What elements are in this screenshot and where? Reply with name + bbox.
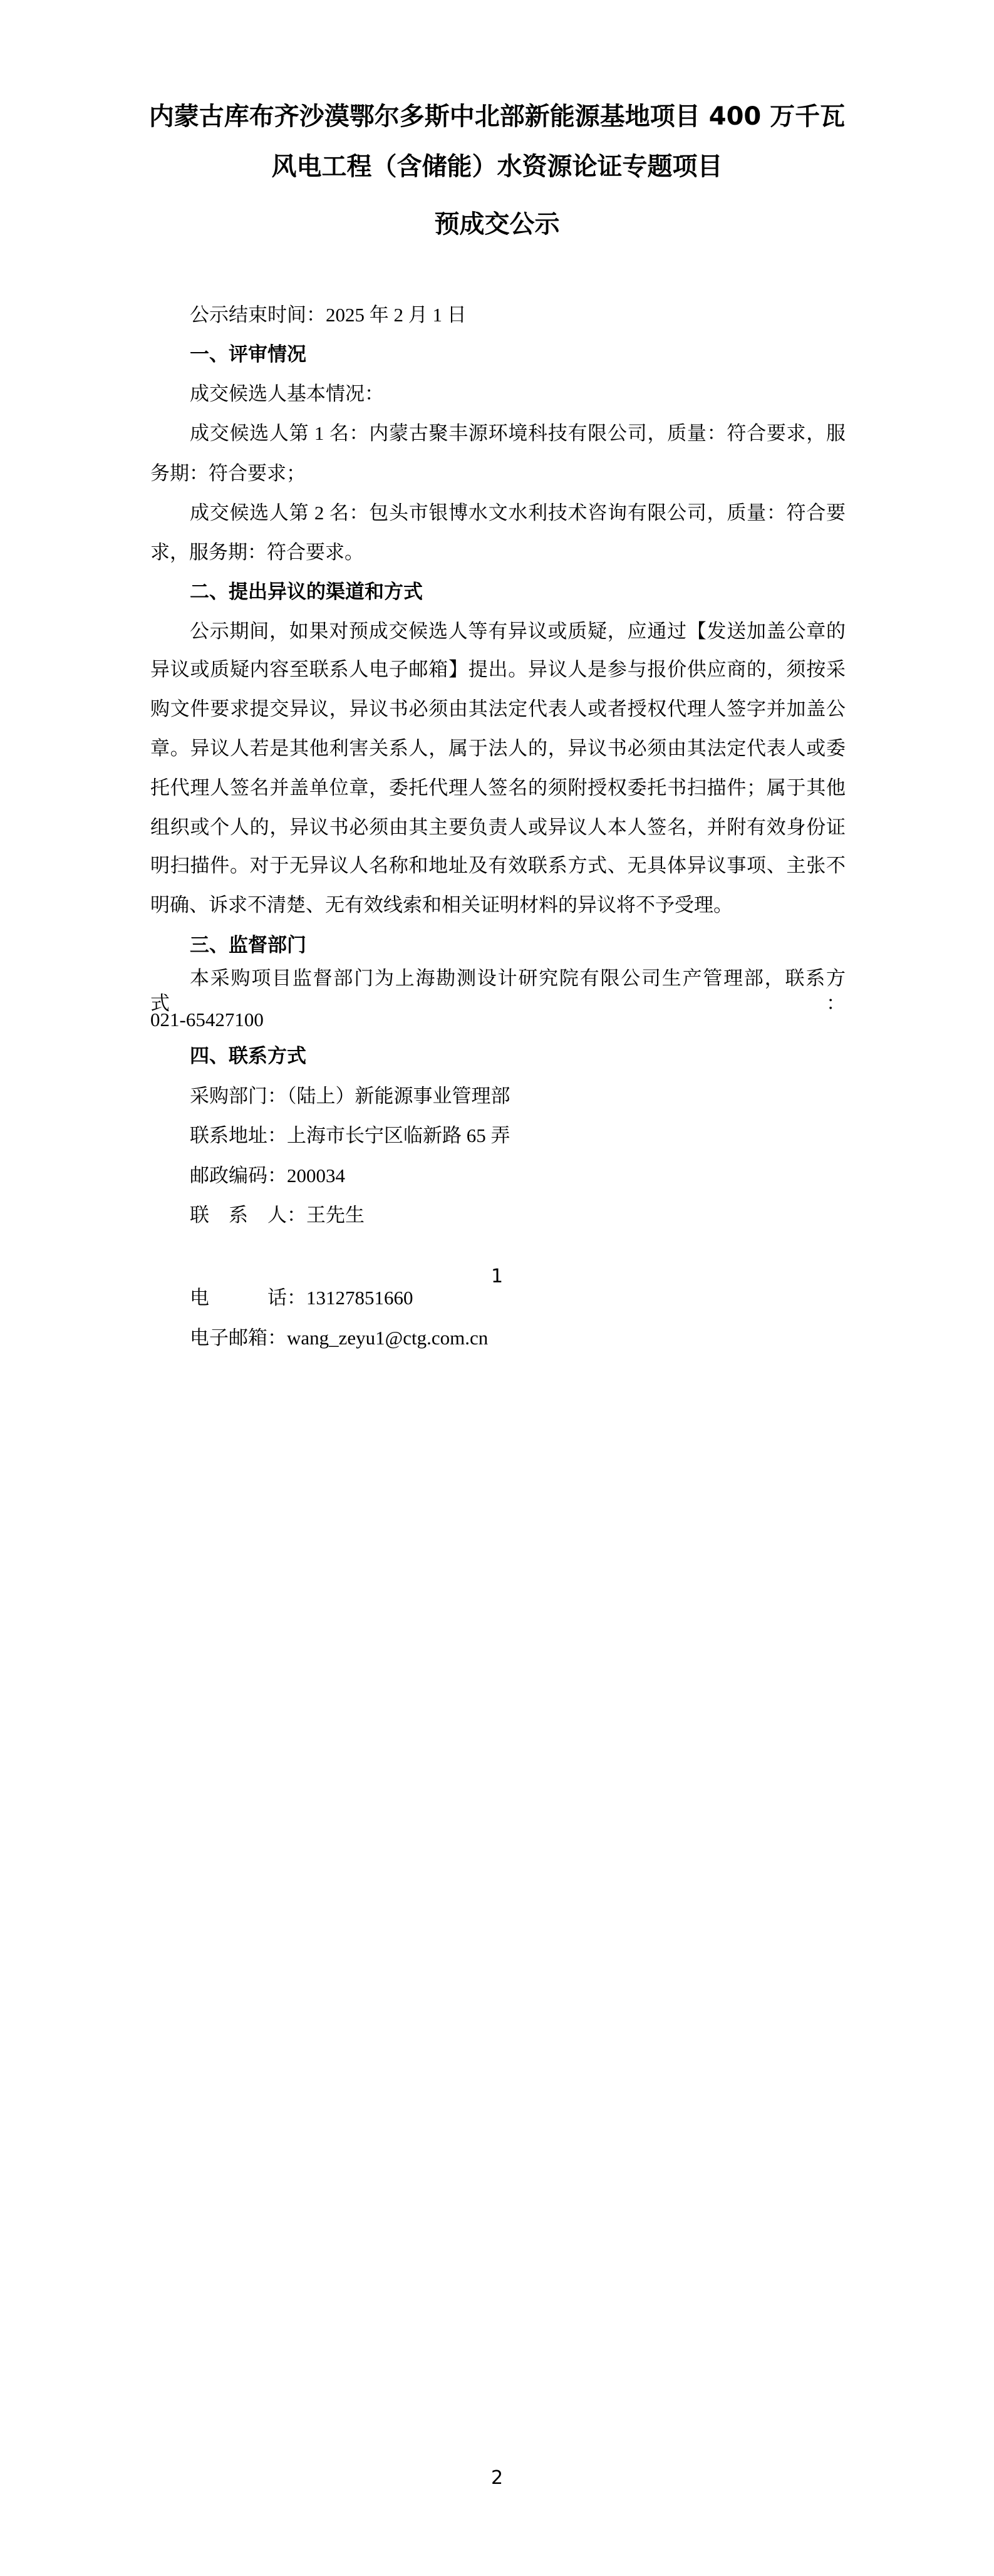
postal-code: 邮政编码：200034 [150,1163,846,1188]
body-text-line: 章。异议人若是其他利害关系人，属于法人的，异议书必须由其法定代表人或委 [150,736,846,761]
section-heading-4: 四、联系方式 [150,1044,846,1069]
body-text-line: 成交候选人基本情况： [150,382,846,407]
document-title-line-3: 预成交公示 [0,208,994,241]
contact-phone: 电 话：13127851660 [150,1285,846,1311]
page-number-2: 2 [0,2466,994,2490]
body-text-line: 成交候选人第 2 名：包头市银博水文水利技术咨询有限公司，质量：符合要 [150,501,846,526]
body-text-line: 购文件要求提交异议，异议书必须由其法定代表人或者授权代理人签字并加盖公 [150,697,846,722]
section-heading-2: 二、提出异议的渠道和方式 [150,579,846,605]
body-text-line: 务期：符合要求； [150,461,846,486]
body-text-line: 组织或个人的，异议书必须由其主要负责人或异议人本人签名，并附有效身份证 [150,815,846,840]
body-text-line: 成交候选人第 1 名：内蒙古聚丰源环境科技有限公司，质量：符合要求，服 [150,421,846,446]
body-text-line: 异议或质疑内容至联系人电子邮箱】提出。异议人是参与报价供应商的，须按采 [150,657,846,682]
supervision-phone: 021-65427100 [150,1007,846,1032]
body-text-line: 求，服务期：符合要求。 [150,540,846,565]
document-title-line-1: 内蒙古库布齐沙漠鄂尔多斯中北部新能源基地项目 400 万千瓦 [0,100,994,133]
publicity-end-time: 公示结束时间：2025 年 2 月 1 日 [150,303,846,328]
body-text-line: 公示期间，如果对预成交候选人等有异议或质疑，应通过【发送加盖公章的 [150,619,846,644]
section-heading-3: 三、监督部门 [150,933,846,958]
contact-person: 联 系 人：王先生 [150,1203,846,1228]
contact-address: 联系地址：上海市长宁区临新路 65 弄 [150,1123,846,1148]
body-text-line: 明扫描件。对于无异议人名称和地址及有效联系方式、无具体异议事项、主张不 [150,853,846,878]
body-text-line: 明确、诉求不清楚、无有效线索和相关证明材料的异议将不予受理。 [150,893,846,918]
purchasing-department: 采购部门：（陆上）新能源事业管理部 [150,1084,846,1109]
document-page: 内蒙古库布齐沙漠鄂尔多斯中北部新能源基地项目 400 万千瓦风电工程（含储能）水… [0,0,994,2576]
section-heading-1: 一、评审情况 [150,342,846,367]
contact-email: 电子邮箱：wang_zeyu1@ctg.com.cn [150,1326,846,1351]
body-text-line: 托代理人签名并盖单位章，委托代理人签名的须附授权委托书扫描件；属于其他 [150,776,846,801]
document-title-line-2: 风电工程（含储能）水资源论证专题项目 [0,150,994,183]
